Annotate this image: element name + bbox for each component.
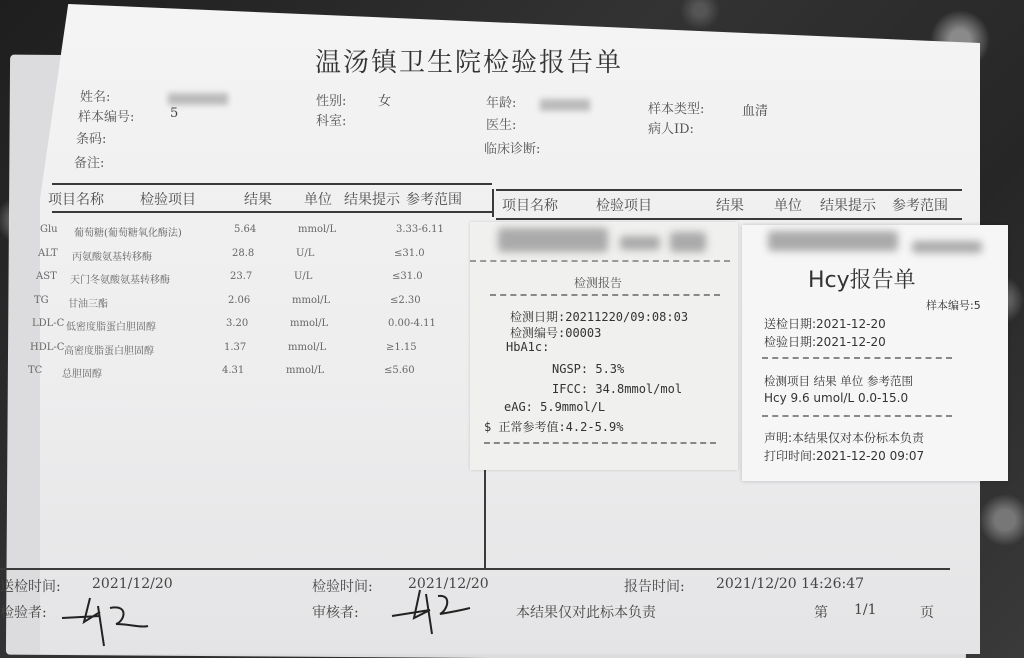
cell-name: 葡萄糖(葡萄糖氧化酶法) — [74, 224, 182, 239]
redacted-header-part — [620, 236, 660, 250]
separator — [484, 442, 716, 444]
page-number: 1/1 — [854, 602, 877, 618]
page-prefix: 第 — [814, 602, 828, 622]
sample-type-value: 血清 — [742, 100, 768, 119]
table-top-rule-right — [496, 189, 962, 191]
cell-result: 4.31 — [222, 365, 244, 376]
reviewer-label: 审核者: — [312, 602, 359, 622]
ifcc-value: IFCC: 34.8mmol/mol — [552, 382, 682, 396]
table-row: TG甘油三酯2.06mmol/L≤2.30 — [34, 295, 474, 311]
table-top-rule-left — [52, 183, 492, 185]
tester-label: 检验者: — [0, 602, 47, 622]
hba1c-label: HbA1c: — [506, 340, 549, 354]
cell-unit: mmol/L — [298, 224, 336, 235]
report-time-value: 2021/12/20 14:26:47 — [716, 576, 864, 592]
header-flag-right: 结果提示 — [820, 195, 876, 215]
cell-code: AST — [36, 271, 57, 282]
cell-name: 丙氨酸氨基转移酶 — [72, 248, 152, 263]
reviewer-signature — [390, 582, 480, 642]
test-date: 检测日期:20211220/09:08:03 — [510, 308, 688, 325]
cell-name: 天门冬氨酸氨基转移酶 — [70, 271, 170, 286]
header-test-item: 检验项目 — [140, 189, 196, 209]
test-date: 检验日期:2021-12-20 — [764, 333, 886, 350]
table-row: ALT丙氨酸氨基转移酶28.8U/L≤31.0 — [38, 248, 478, 264]
header-result-right: 结果 — [716, 195, 744, 215]
header-unit-right: 单位 — [774, 195, 802, 215]
sample-no-label: 样本编号: — [78, 106, 134, 125]
cell-range: ≤31.0 — [394, 248, 425, 259]
cell-range: ≤31.0 — [392, 271, 423, 282]
test-time-label: 检验时间: — [312, 576, 373, 596]
cell-code: Glu — [40, 224, 58, 235]
cell-code: ALT — [38, 248, 58, 259]
redacted-header-part — [912, 241, 982, 253]
name-label: 姓名: — [80, 86, 110, 105]
cell-name: 低密度脂蛋白胆固醇 — [66, 318, 156, 333]
separator — [762, 415, 952, 417]
cell-code: TC — [28, 365, 42, 376]
age-value-redacted — [540, 94, 590, 113]
cell-unit: mmol/L — [290, 318, 328, 329]
cell-unit: U/L — [294, 271, 312, 282]
send-date: 送检日期:2021-12-20 — [764, 315, 886, 332]
header-range-right: 参考范围 — [892, 195, 948, 215]
age-label: 年龄: — [486, 92, 516, 111]
header-range: 参考范围 — [406, 189, 462, 209]
sample-type-label: 样本类型: — [648, 98, 704, 117]
report-title: 温汤镇卫生院检验报告单 — [315, 42, 623, 79]
cell-unit: mmol/L — [292, 295, 330, 306]
hcy-receipt: Hcy报告单 样本编号:5 送检日期:2021-12-20 检验日期:2021-… — [742, 225, 1008, 481]
redacted-header-part — [670, 232, 706, 252]
cell-name: 甘油三酯 — [68, 295, 108, 310]
separator — [762, 357, 952, 359]
cell-unit: mmol/L — [288, 342, 326, 353]
table-row: HDL-C高密度脂蛋白胆固醇1.37mmol/L≥1.15 — [30, 342, 470, 358]
footer-rule — [0, 568, 950, 570]
cell-range: ≤5.60 — [384, 365, 415, 376]
reference-range: $ 正常参考值:4.2-5.9% — [484, 418, 623, 435]
cell-range: ≥1.15 — [386, 342, 417, 353]
column-divider-top — [492, 189, 494, 217]
cell-result: 2.06 — [228, 295, 250, 306]
hba1c-receipt: 检测报告 检测日期:20211220/09:08:03 检测编号:00003 H… — [470, 222, 738, 470]
cell-name: 总胆固醇 — [62, 365, 102, 380]
header-item-name-right: 项目名称 — [502, 195, 558, 215]
ngsp-value: NGSP: 5.3% — [552, 362, 624, 376]
report-time-label: 报告时间: — [624, 576, 685, 596]
table-row: TC总胆固醇4.31mmol/L≤5.60 — [28, 365, 468, 381]
hcy-title: Hcy报告单 — [808, 263, 916, 294]
header-flag: 结果提示 — [344, 189, 400, 209]
header-item-name: 项目名称 — [48, 189, 104, 209]
eag-value: eAG: 5.9mmol/L — [504, 400, 605, 414]
diagnosis-label: 临床诊断: — [484, 138, 540, 157]
cell-range: 0.00-4.11 — [388, 318, 436, 329]
hcy-table-header: 检测项目 结果 单位 参考范围 — [764, 373, 913, 389]
disclaimer: 本结果仅对此标本负责 — [516, 602, 656, 622]
gender-value: 女 — [378, 90, 391, 109]
sample-no-value: 5 — [170, 106, 178, 121]
separator — [490, 294, 720, 296]
cell-result: 3.20 — [226, 318, 248, 329]
table-row: Glu葡萄糖(葡萄糖氧化酶法)5.64mmol/L3.33-6.11 — [40, 224, 480, 240]
cell-unit: U/L — [296, 248, 314, 259]
header-test-item-right: 检验项目 — [596, 195, 652, 215]
department-label: 科室: — [316, 110, 346, 129]
hcy-result: Hcy 9.6 umol/L 0.0-15.0 — [764, 391, 908, 405]
hcy-sample-no: 样本编号:5 — [926, 297, 981, 313]
cell-code: LDL-C — [32, 318, 64, 329]
header-result: 结果 — [244, 189, 272, 209]
cell-result: 28.8 — [232, 248, 254, 259]
barcode-label: 条码: — [76, 128, 106, 147]
cell-result: 5.64 — [234, 224, 256, 235]
hcy-statement: 声明:本结果仅对本份标本负责 — [764, 429, 924, 446]
table-row: LDL-C低密度脂蛋白胆固醇3.20mmol/L0.00-4.11 — [32, 318, 472, 334]
cell-result: 1.37 — [224, 342, 246, 353]
table-row: AST天门冬氨酸氨基转移酶23.7U/L≤31.0 — [36, 271, 476, 287]
redacted-header — [768, 231, 898, 251]
cell-unit: mmol/L — [286, 365, 324, 376]
table-header-rule-left — [52, 211, 492, 213]
cell-name: 高密度脂蛋白胆固醇 — [64, 342, 154, 357]
patient-id-label: 病人ID: — [648, 118, 694, 137]
name-value-redacted — [168, 88, 228, 107]
receipt-heading: 检测报告 — [574, 274, 622, 291]
cell-range: ≤2.30 — [390, 295, 421, 306]
page-suffix: 页 — [920, 602, 934, 622]
header-unit: 单位 — [304, 189, 332, 209]
tester-signature — [60, 588, 160, 650]
send-time-label: 送检时间: — [0, 576, 61, 596]
cell-code: HDL-C — [30, 342, 64, 353]
table-header-rule-right — [496, 218, 962, 220]
gender-label: 性别: — [316, 90, 346, 109]
separator — [470, 260, 730, 262]
cell-range: 3.33-6.11 — [396, 224, 444, 235]
test-id: 检测编号:00003 — [510, 324, 601, 341]
cell-code: TG — [34, 295, 49, 306]
doctor-label: 医生: — [486, 114, 516, 133]
remark-label: 备注: — [74, 152, 104, 171]
column-divider-bottom — [484, 470, 486, 570]
hcy-print-time: 打印时间:2021-12-20 09:07 — [764, 447, 924, 464]
cell-result: 23.7 — [230, 271, 252, 282]
redacted-header — [498, 228, 608, 252]
